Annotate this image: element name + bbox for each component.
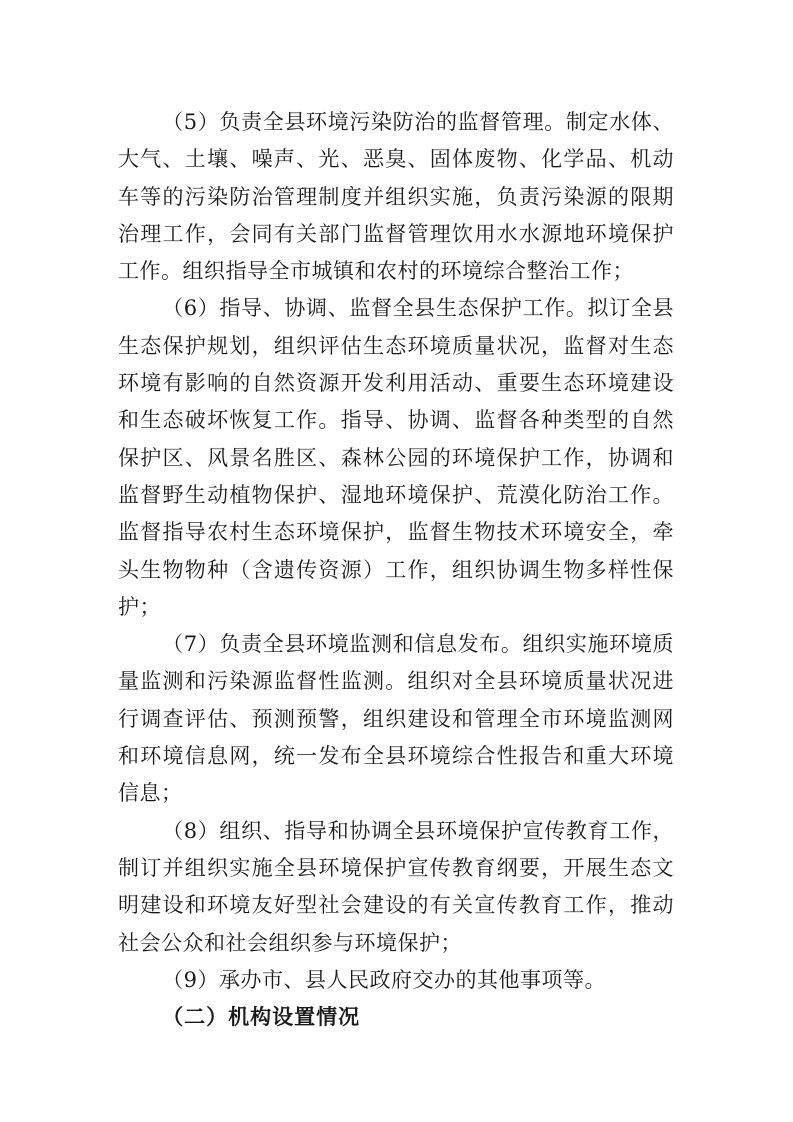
paragraph-item-5: （5）负责全县环境污染防治的监督管理。制定水体、大气、土壤、噪声、光、恶臭、固体… <box>118 104 674 290</box>
paragraph-item-8: （8）组织、指导和协调全县环境保护宣传教育工作，制订并组织实施全县环境保护宣传教… <box>118 813 674 962</box>
paragraph-item-7: （7）负责全县环境监测和信息发布。组织实施环境质量监测和污染源监督性监测。组织对… <box>118 626 674 812</box>
paragraph-item-9: （9）承办市、县人民政府交办的其他事项等。 <box>118 962 674 999</box>
document-page: （5）负责全县环境污染防治的监督管理。制定水体、大气、土壤、噪声、光、恶臭、固体… <box>118 104 674 1036</box>
section-heading: （二）机构设置情况 <box>118 999 674 1036</box>
paragraph-item-6: （6）指导、协调、监督全县生态保护工作。拟订全县生态保护规划，组织评估生态环境质… <box>118 290 674 626</box>
